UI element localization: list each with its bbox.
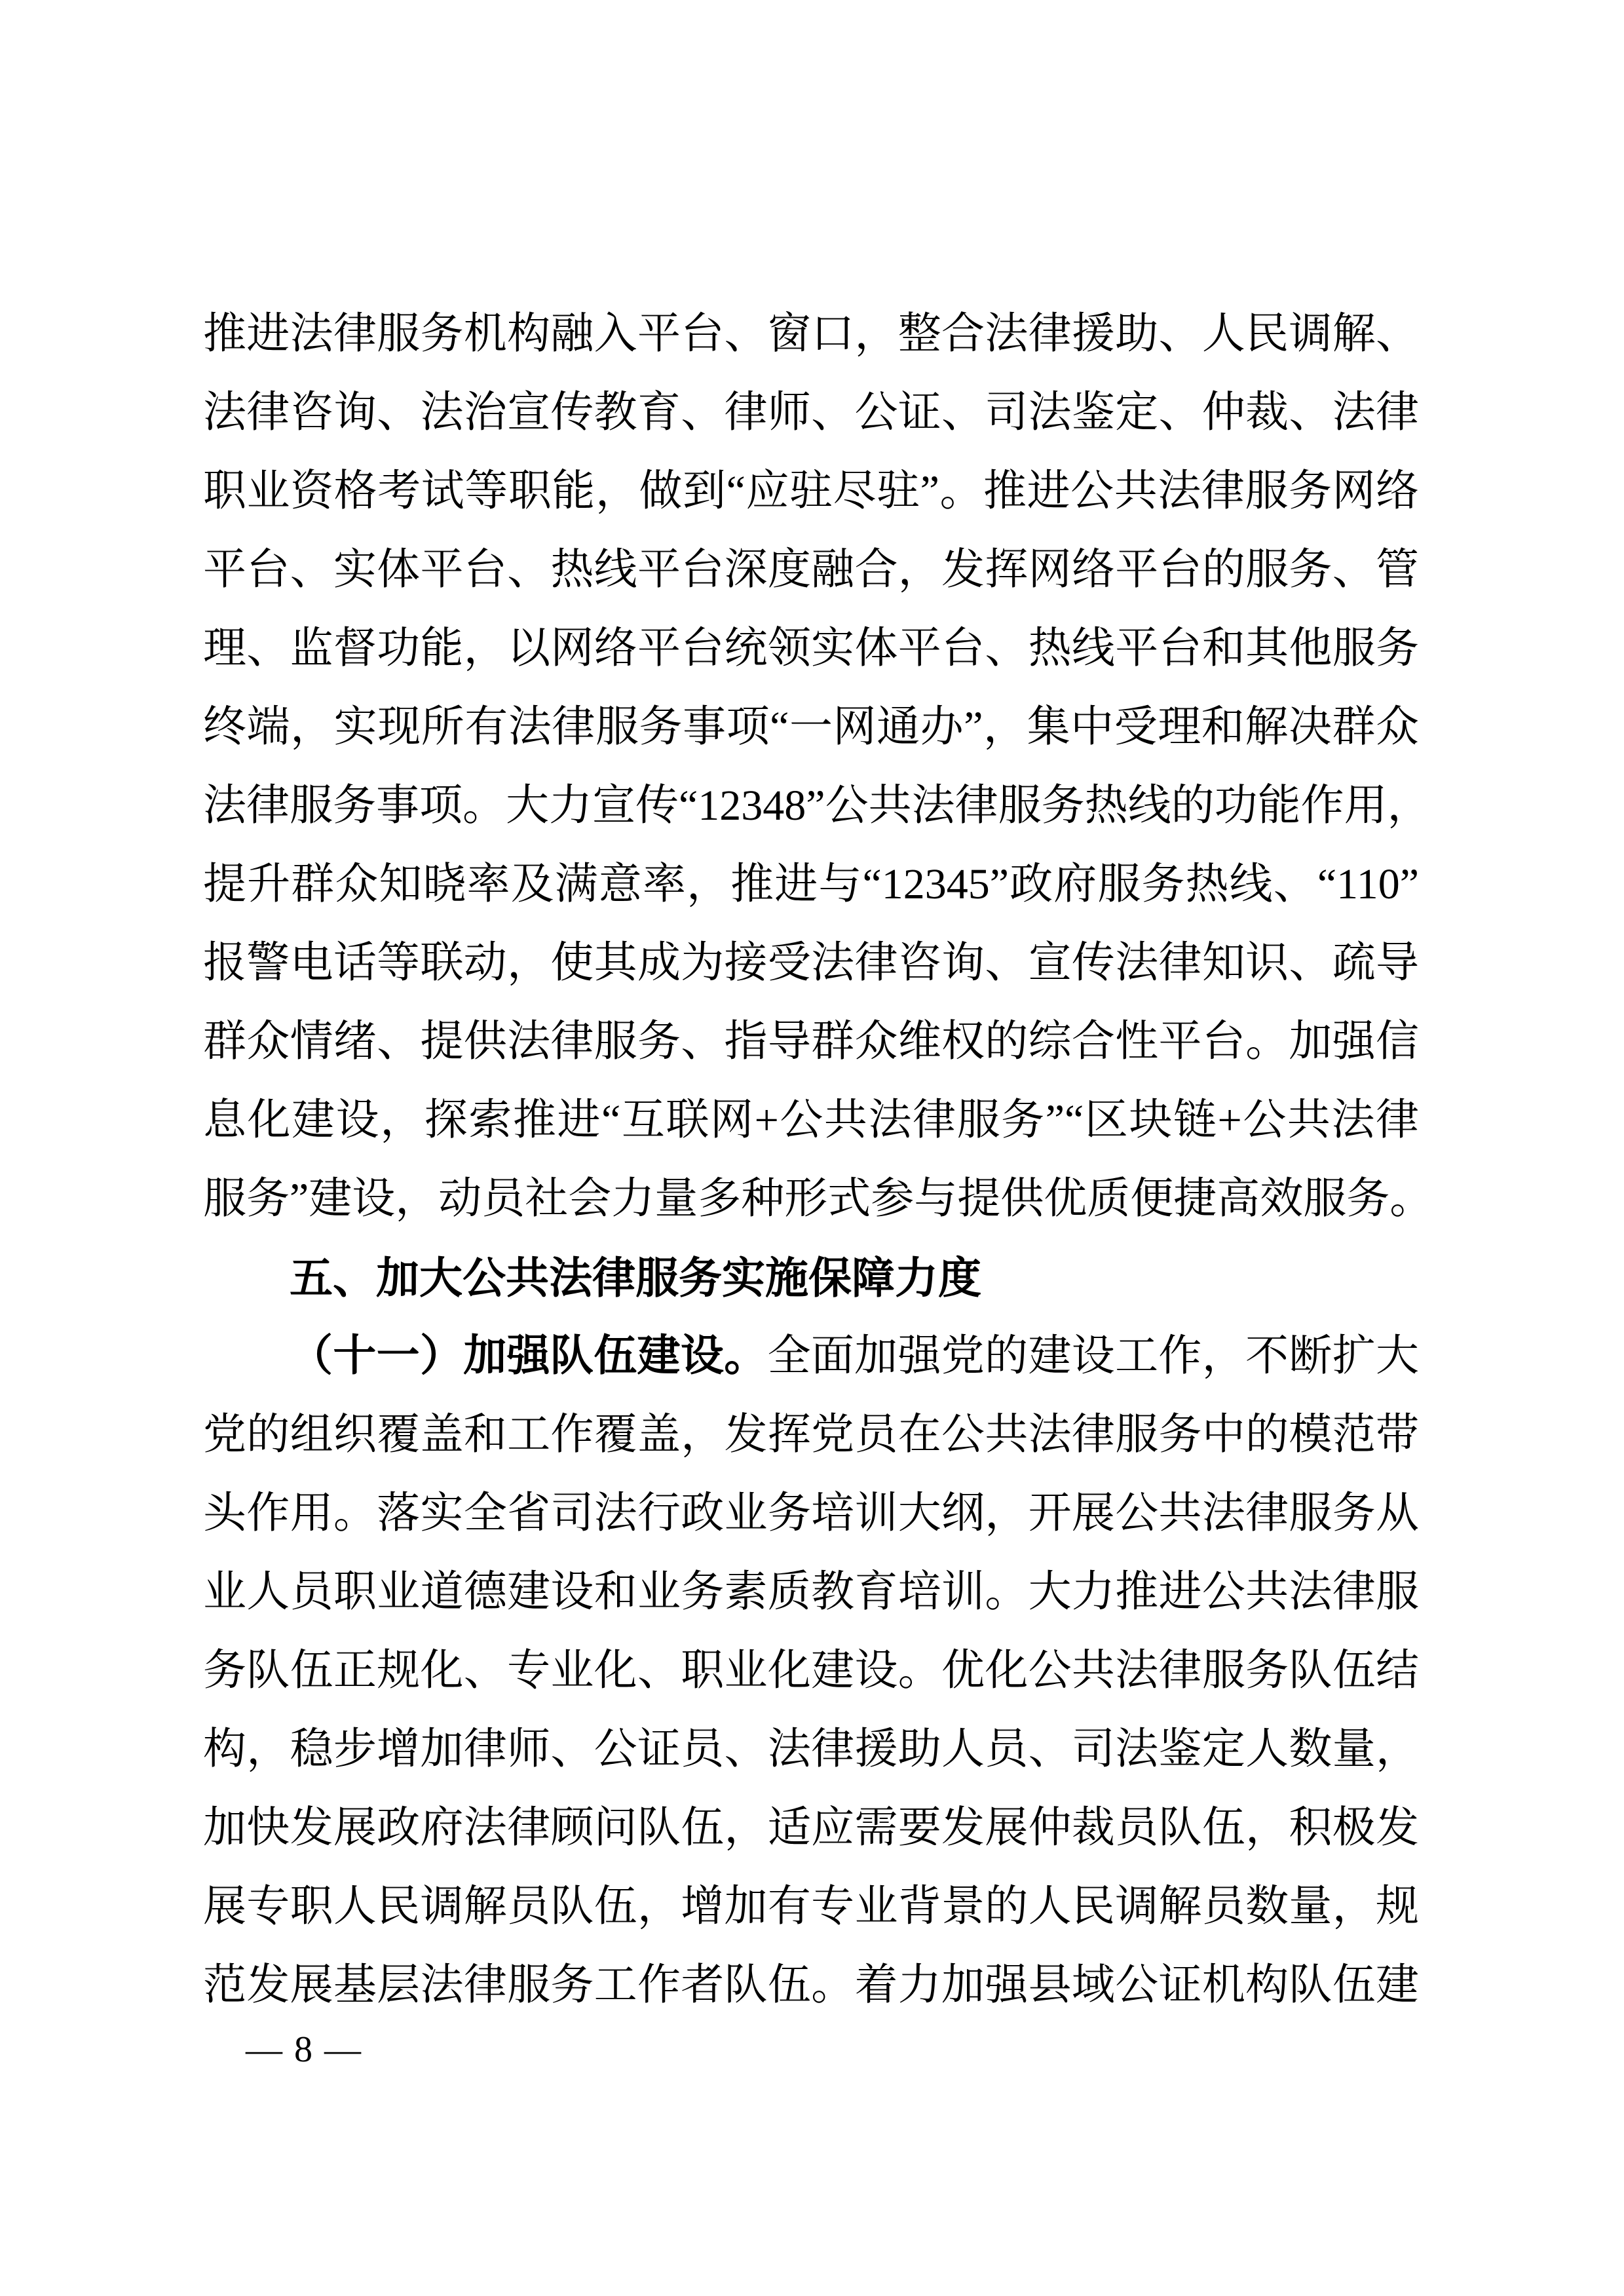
- text-line: 务队伍正规化、专业化、职业化建设。优化公共法律服务队伍结: [203, 1632, 1419, 1710]
- text-line: （十一）加强队伍建设。全面加强党的建设工作，不断扩大: [203, 1317, 1419, 1396]
- paragraph-team-building: （十一）加强队伍建设。全面加强党的建设工作，不断扩大 党的组织覆盖和工作覆盖，发…: [203, 1317, 1419, 2025]
- text-line: 业人员职业道德建设和业务素质教育培训。大力推进公共法律服: [203, 1553, 1419, 1632]
- text-line: 理、监督功能，以网络平台统领实体平台、热线平台和其他服务: [203, 609, 1419, 688]
- text-line: 群众情绪、提供法律服务、指导群众维权的综合性平台。加强信: [203, 1003, 1419, 1081]
- text-line: 范发展基层法律服务工作者队伍。着力加强县域公证机构队伍建: [203, 1946, 1419, 2025]
- subsection-label: （十一）加强队伍建设。: [290, 1332, 768, 1380]
- text-line: 党的组织覆盖和工作覆盖，发挥党员在公共法律服务中的模范带: [203, 1396, 1419, 1474]
- text-line: 平台、实体平台、热线平台深度融合，发挥网络平台的服务、管: [203, 531, 1419, 609]
- text-line: 法律咨询、法治宣传教育、律师、公证、司法鉴定、仲裁、法律: [203, 373, 1419, 452]
- text-run: 全面加强党的建设工作，不断扩大: [768, 1332, 1419, 1380]
- text-line: 息化建设，探索推进“互联网+公共法律服务”“区块链+公共法律: [203, 1081, 1419, 1160]
- text-line: 职业资格考试等职能，做到“应驻尽驻”。推进公共法律服务网络: [203, 452, 1419, 531]
- text-line: 报警电话等联动，使其成为接受法律咨询、宣传法律知识、疏导: [203, 924, 1419, 1003]
- text-line: 法律服务事项。大力宣传“12348”公共法律服务热线的功能作用，: [203, 767, 1419, 845]
- text-line: 提升群众知晓率及满意率，推进与“12345”政府服务热线、“110”: [203, 845, 1419, 924]
- page-number: — 8 —: [246, 2029, 362, 2070]
- text-line: 加快发展政府法律顾问队伍，适应需要发展仲裁员队伍，积极发: [203, 1789, 1419, 1867]
- section-heading: 五、加大公共法律服务实施保障力度: [203, 1238, 1419, 1317]
- text-line: 展专职人民调解员队伍，增加有专业背景的人民调解员数量，规: [203, 1867, 1419, 1946]
- text-line: 服务”建设，动员社会力量多种形式参与提供优质便捷高效服务。: [203, 1160, 1419, 1238]
- document-page: 推进法律服务机构融入平台、窗口，整合法律援助、人民调解、 法律咨询、法治宣传教育…: [0, 0, 1624, 2296]
- page-footer: — 8 —: [246, 2030, 362, 2069]
- text-line: 构，稳步增加律师、公证员、法律援助人员、司法鉴定人数量，: [203, 1710, 1419, 1789]
- document-body: 推进法律服务机构融入平台、窗口，整合法律援助、人民调解、 法律咨询、法治宣传教育…: [203, 295, 1419, 2025]
- text-line: 终端，实现所有法律服务事项“一网通办”，集中受理和解决群众: [203, 688, 1419, 767]
- text-line: 头作用。落实全省司法行政业务培训大纲，开展公共法律服务从: [203, 1474, 1419, 1553]
- text-line: 推进法律服务机构融入平台、窗口，整合法律援助、人民调解、: [203, 295, 1419, 373]
- paragraph-platform-integration: 推进法律服务机构融入平台、窗口，整合法律援助、人民调解、 法律咨询、法治宣传教育…: [203, 295, 1419, 1238]
